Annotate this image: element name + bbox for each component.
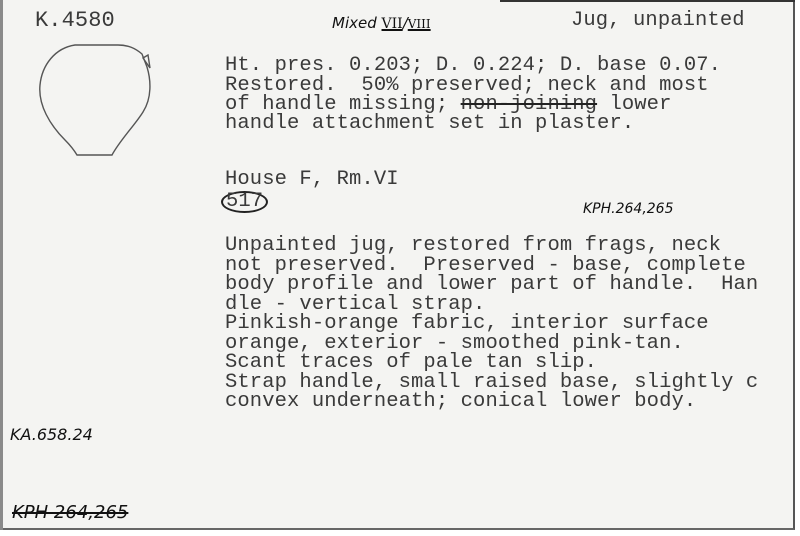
- lot-number-line: 517: [225, 191, 268, 213]
- photo-reference: KPH.264,265: [583, 201, 674, 217]
- object-title: Jug, unpainted: [571, 11, 745, 31]
- description-line: Pinkish-orange fabric, interior surface: [225, 314, 709, 334]
- lot-number-circled: 517: [221, 191, 268, 213]
- description-line: Scant traces of pale tan slip.: [225, 353, 597, 373]
- context-phase-b: VIII: [408, 17, 431, 31]
- description-line: convex underneath; conical lower body.: [225, 392, 696, 412]
- catalog-number: K.4580: [35, 11, 115, 31]
- struck-photo-reference: KPH 264,265: [12, 502, 128, 523]
- measurements-line-1: Ht. pres. 0.203; D. 0.224; D. base 0.07.: [225, 56, 721, 76]
- card-left-edge: [0, 0, 3, 530]
- jug-sketch-drawing: [30, 40, 160, 165]
- findspot-location: House F, Rm.VI: [225, 170, 399, 190]
- measurements-line-4: handle attachment set in plaster.: [225, 114, 634, 134]
- catalog-card: K.4580 Mixed VII/VIII Jug, unpainted Ht.…: [0, 0, 795, 530]
- context-note: Mixed VII/VIII: [332, 14, 431, 32]
- context-note-prefix: Mixed: [332, 14, 382, 32]
- description-line: Unpainted jug, restored from frags, neck: [225, 236, 721, 256]
- description-line: body profile and lower part of handle. H…: [225, 275, 758, 295]
- inventory-number: KA.658.24: [10, 425, 93, 444]
- context-phase-a: VII: [382, 16, 403, 32]
- card-top-edge: [500, 0, 795, 2]
